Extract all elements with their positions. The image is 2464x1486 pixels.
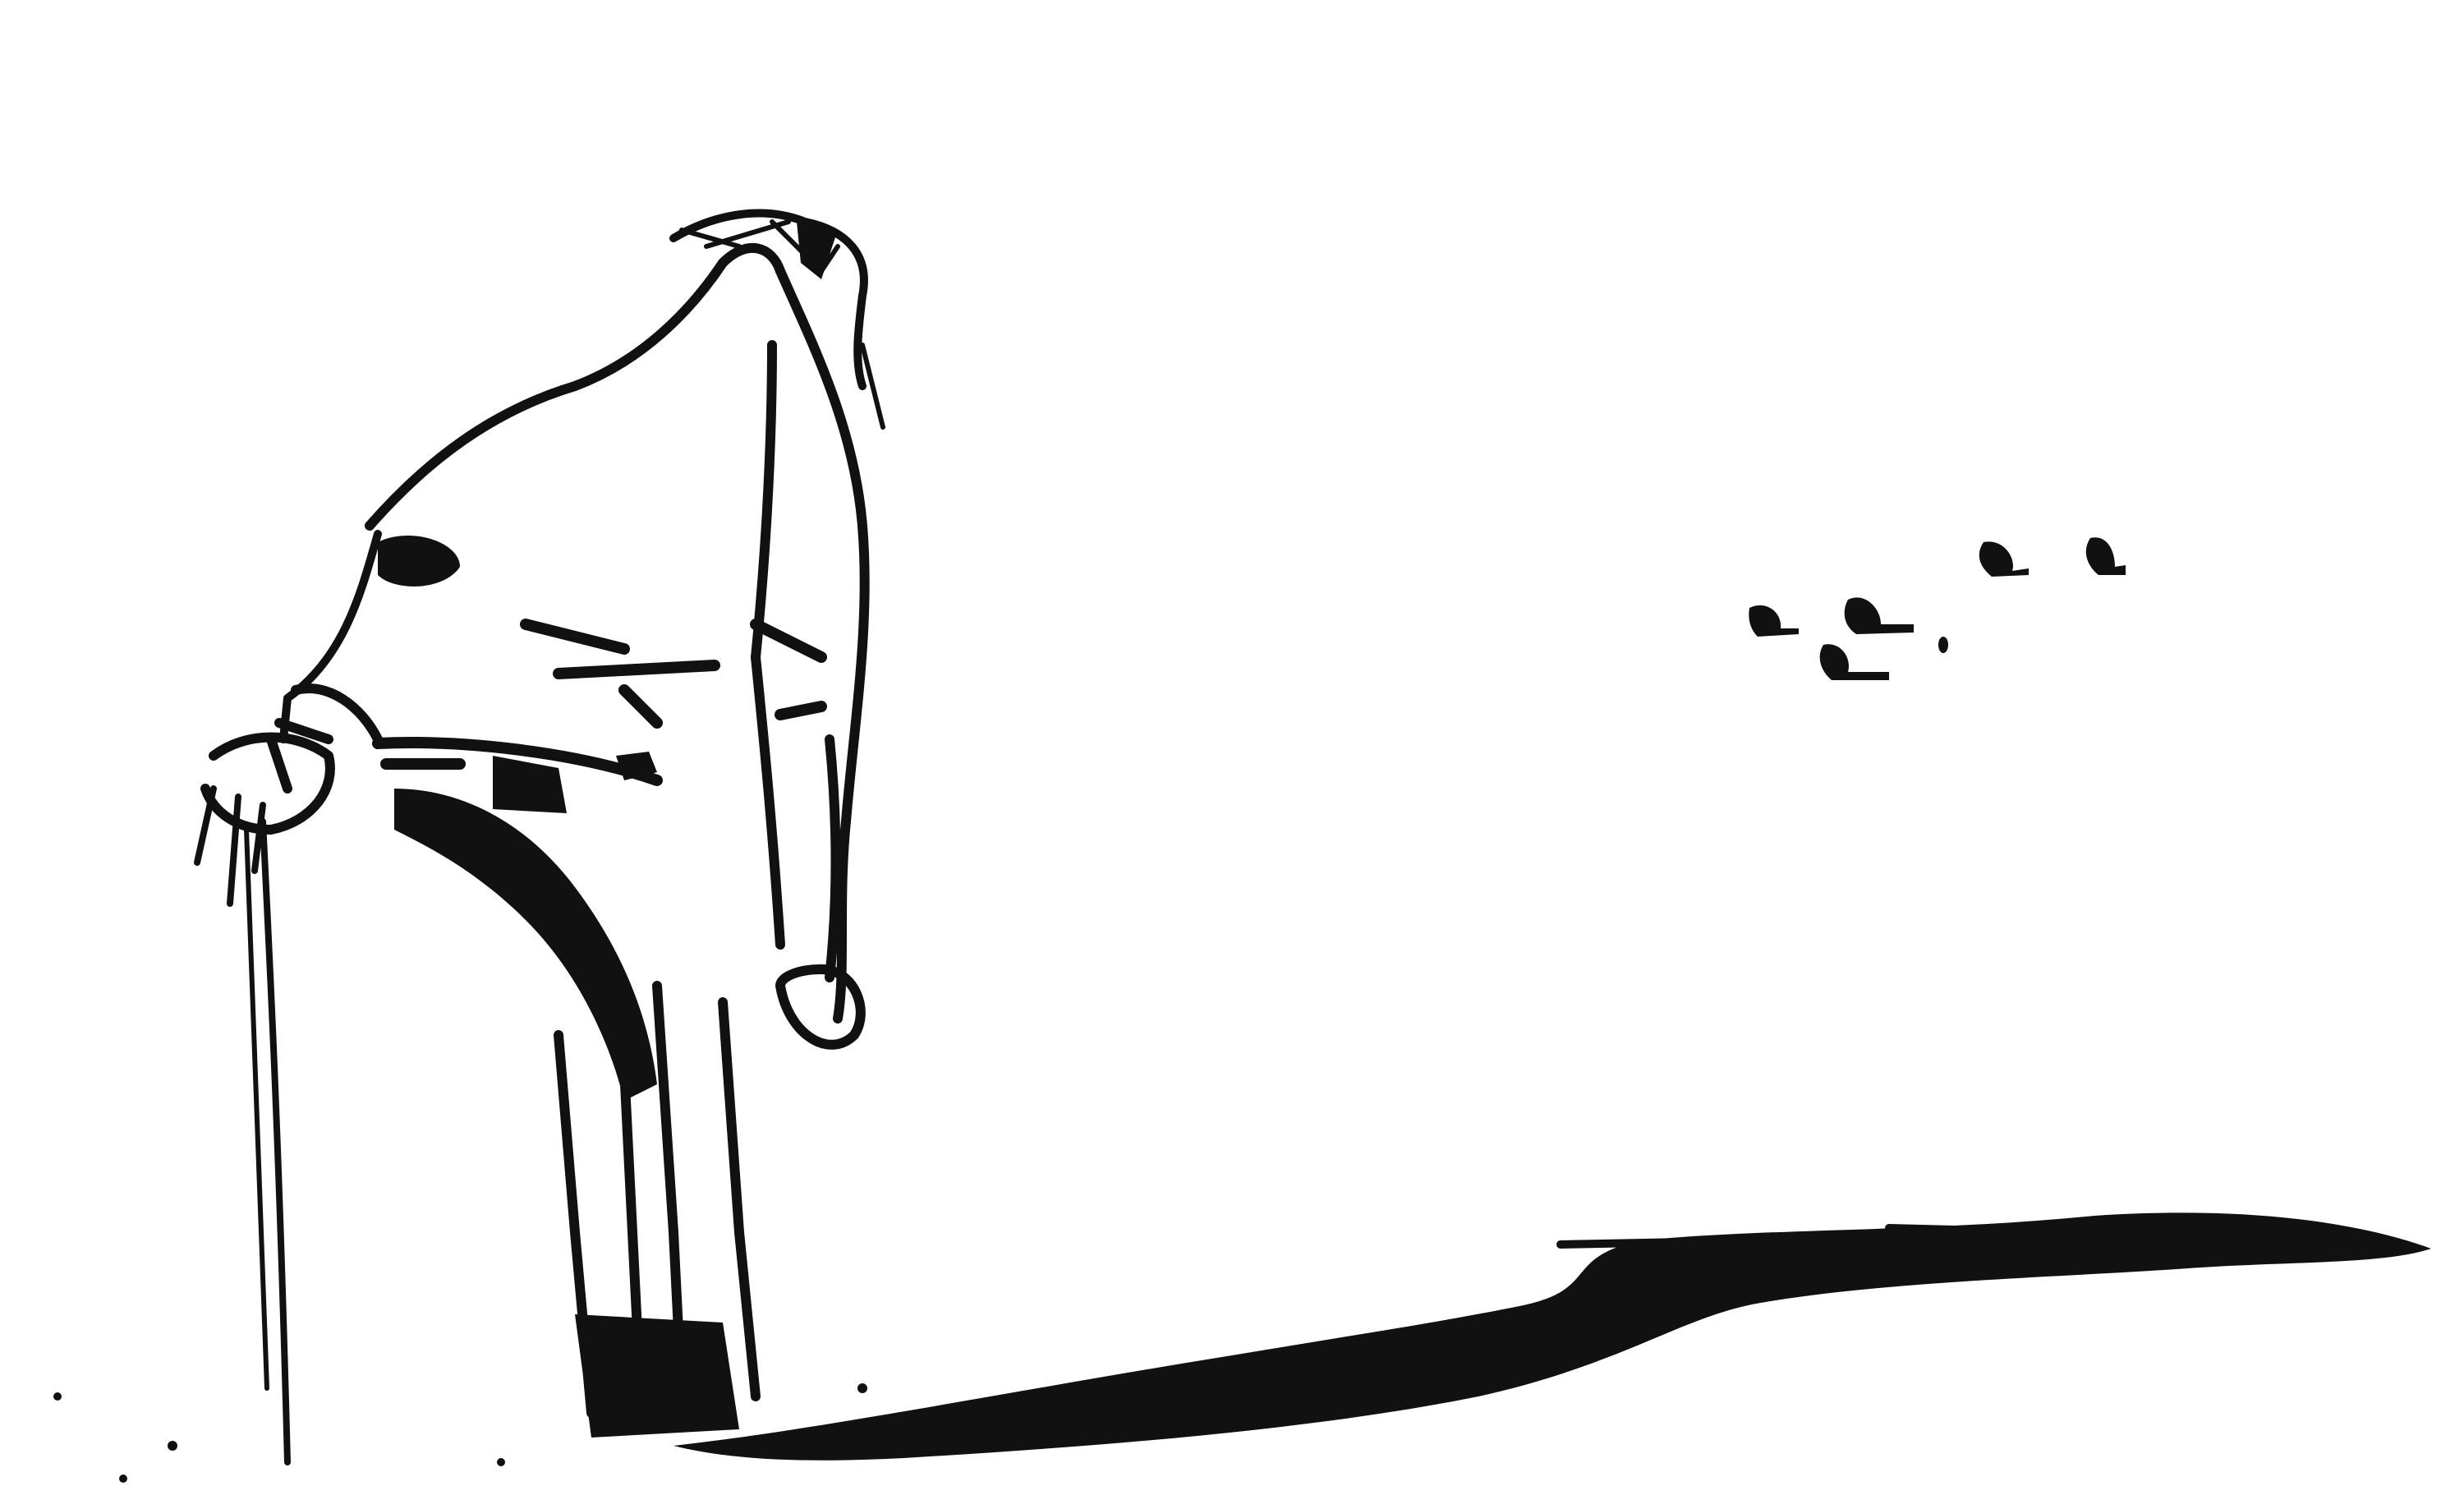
distant-speck	[1938, 637, 1948, 653]
ink-sketch-canvas	[0, 0, 2464, 1486]
